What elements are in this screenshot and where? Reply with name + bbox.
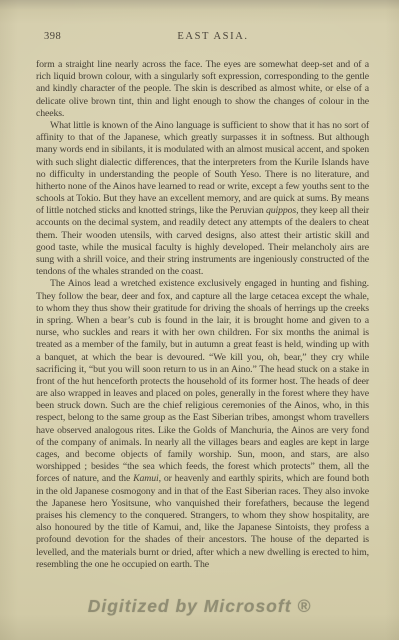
paragraph: form a straight line nearly across the f…	[36, 59, 369, 120]
running-title: EAST ASIA.	[36, 31, 368, 42]
page-header: 398 EAST ASIA.	[36, 31, 368, 45]
paragraph: What little is known of the Aino languag…	[36, 120, 369, 278]
watermark: Digitized by Microsoft ®	[88, 596, 312, 617]
scanned-book-page: { "page": { "number": "398", "running_ti…	[0, 0, 399, 640]
text-block: form a straight line nearly across the f…	[36, 59, 369, 571]
paragraph: The Ainos lead a wretched existence excl…	[36, 278, 369, 571]
